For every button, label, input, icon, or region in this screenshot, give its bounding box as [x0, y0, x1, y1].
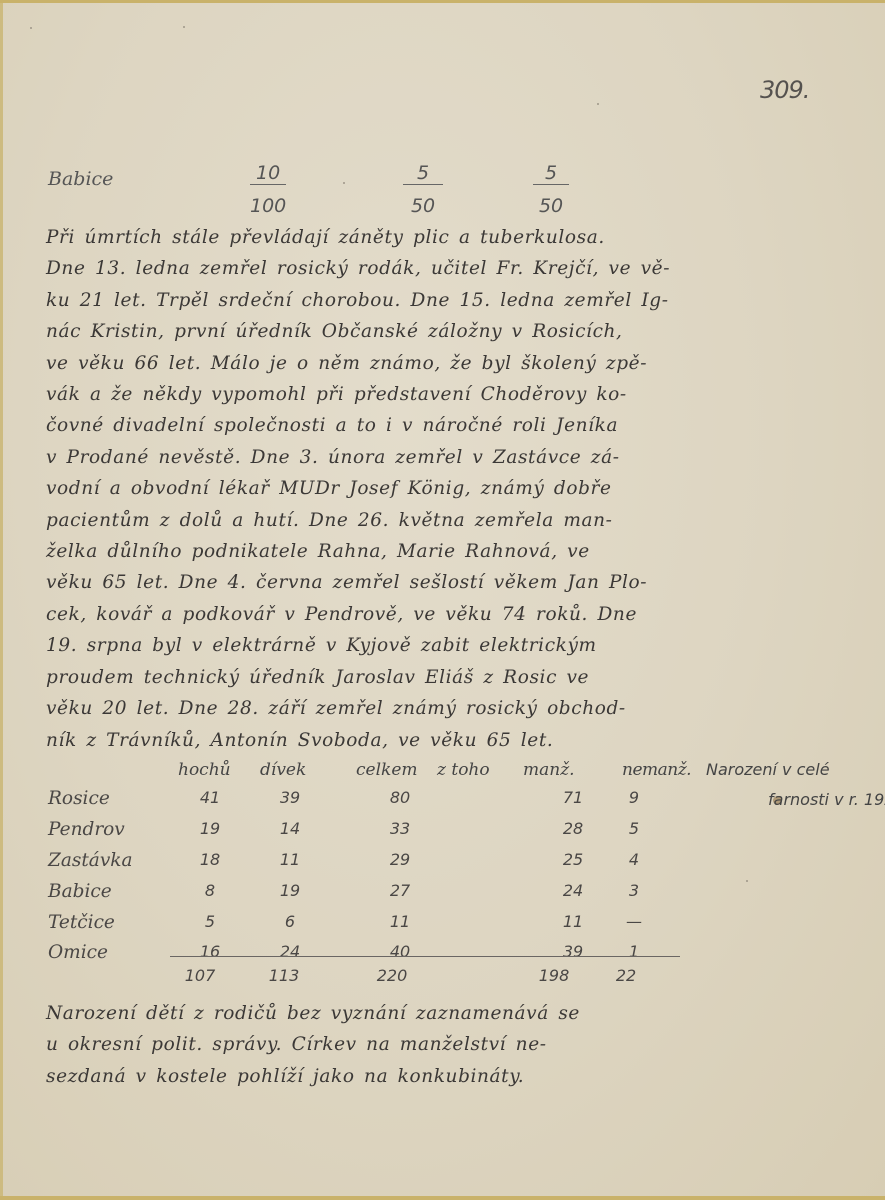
fraction-1: 10 100: [250, 162, 286, 217]
row-place: Pendrov: [48, 819, 125, 840]
cell-boys: 19: [190, 819, 230, 838]
cell-illegitimate: 9: [614, 788, 654, 807]
text-line: vodní a obvodní lékař MUDr Josef König, …: [46, 473, 726, 504]
cell-boys: 5: [190, 912, 230, 931]
text-line: pacientům z dolů a hutí. Dne 26. května …: [46, 505, 726, 536]
cell-total: 33: [380, 819, 420, 838]
cell-girls: 14: [270, 819, 310, 838]
fraction-numerator: 5: [403, 162, 443, 185]
fraction-denominator: 50: [403, 195, 443, 217]
cell-legitimate: 28: [553, 819, 593, 838]
cell-total: 40: [380, 942, 420, 961]
cell-illegitimate: 5: [614, 819, 654, 838]
total-boys: 107: [180, 966, 220, 985]
header-legitimate: manž.: [523, 760, 575, 780]
paper-speck: [183, 26, 185, 28]
table-row: Zastávka 18 11 29 25 4: [0, 850, 885, 880]
table-row: Tetčice 5 6 11 11 —: [0, 912, 885, 942]
row-place: Rosice: [48, 788, 110, 809]
paper-speck: [597, 103, 599, 105]
header-girls: dívek: [260, 760, 306, 780]
text-line: Při úmrtích stále převládají záněty plic…: [46, 222, 726, 253]
fraction-numerator: 10: [250, 162, 286, 185]
table-row: Rosice 41 39 80 71 9: [0, 788, 885, 818]
header-illegitimate: nemanž.: [622, 760, 691, 780]
paper-speck: [343, 182, 345, 184]
fraction-denominator: 100: [250, 195, 286, 217]
ledger-page: 309. Babice 10 100 5 50 5 50 Při úmrtích…: [0, 0, 885, 1200]
cell-legitimate: 11: [553, 912, 593, 931]
text-line: nác Kristin, první úředník Občanské zálo…: [46, 316, 726, 347]
cell-illegitimate: 3: [614, 881, 654, 900]
text-line: Narození dětí z rodičů bez vyznání zazna…: [46, 998, 726, 1029]
row-place: Omice: [48, 942, 108, 963]
cell-boys: 8: [190, 881, 230, 900]
header-boys: hochů: [178, 760, 231, 780]
text-line: ník z Trávníků, Antonín Svoboda, ve věku…: [46, 725, 726, 756]
text-line: čovné divadelní společnosti a to i v nár…: [46, 410, 726, 441]
table-row: Pendrov 19 14 33 28 5: [0, 819, 885, 849]
text-line: u okresní polit. správy. Církev na manže…: [46, 1029, 726, 1060]
text-line: proudem technický úředník Jaroslav Eliáš…: [46, 662, 726, 693]
text-line: ve věku 66 let. Málo je o něm známo, že …: [46, 348, 726, 379]
cell-total: 29: [380, 850, 420, 869]
cell-boys: 18: [190, 850, 230, 869]
text-line: vák a že někdy vypomohl při představení …: [46, 379, 726, 410]
text-line: želka důlního podnikatele Rahna, Marie R…: [46, 536, 726, 567]
fraction-numerator: 5: [533, 162, 569, 185]
cell-girls: 39: [270, 788, 310, 807]
cell-total: 11: [380, 912, 420, 931]
cell-boys: 41: [190, 788, 230, 807]
fraction-denominator: 50: [533, 195, 569, 217]
total-illegitimate: 22: [606, 966, 646, 985]
fraction-3: 5 50: [533, 162, 569, 217]
totals-row: 107 113 220 198 22: [0, 966, 885, 996]
header-total: celkem: [356, 760, 418, 780]
paper-speck: [30, 27, 32, 29]
row-place: Zastávka: [48, 850, 133, 871]
text-line: v Prodané nevěstě. Dne 3. února zemřel v…: [46, 442, 726, 473]
side-note-line-1: Narození v celé: [706, 760, 830, 779]
mortality-paragraph: Při úmrtích stále převládají záněty plic…: [46, 222, 726, 756]
paper-speck: [746, 880, 748, 882]
cell-girls: 11: [270, 850, 310, 869]
cell-illegitimate: 4: [614, 850, 654, 869]
cell-illegitimate: —: [614, 912, 654, 931]
total-girls: 113: [264, 966, 304, 985]
cell-legitimate: 24: [553, 881, 593, 900]
sum-divider: [170, 956, 680, 957]
closing-paragraph: Narození dětí z rodičů bez vyznání zazna…: [46, 998, 726, 1092]
cell-illegitimate: 1: [614, 942, 654, 961]
cell-total: 27: [380, 881, 420, 900]
row-place: Tetčice: [48, 912, 115, 933]
text-line: věku 65 let. Dne 4. června zemřel sešlos…: [46, 567, 726, 598]
text-line: ku 21 let. Trpěl srdeční chorobou. Dne 1…: [46, 285, 726, 316]
row-place: Babice: [48, 881, 112, 902]
cell-girls: 19: [270, 881, 310, 900]
cell-boys: 16: [190, 942, 230, 961]
cell-legitimate: 25: [553, 850, 593, 869]
cell-girls: 24: [270, 942, 310, 961]
text-line: Dne 13. ledna zemřel rosický rodák, učit…: [46, 253, 726, 284]
text-line: sezdaná v kostele pohlíží jako na konkub…: [46, 1061, 726, 1092]
fraction-row-label: Babice: [48, 168, 113, 190]
total-legitimate: 198: [534, 966, 574, 985]
page-number: 309.: [760, 76, 809, 104]
text-line: 19. srpna byl v elektrárně v Kyjově zabi…: [46, 630, 726, 661]
cell-total: 80: [380, 788, 420, 807]
header-of-which: z toho: [437, 760, 490, 780]
cell-legitimate: 39: [553, 942, 593, 961]
text-line: cek, kovář a podkovář v Pendrově, ve věk…: [46, 599, 726, 630]
fraction-2: 5 50: [403, 162, 443, 217]
cell-legitimate: 71: [553, 788, 593, 807]
table-header: hochů dívek celkem z toho manž. nemanž. …: [0, 760, 885, 788]
cell-girls: 6: [270, 912, 310, 931]
table-row: Babice 8 19 27 24 3: [0, 881, 885, 911]
text-line: věku 20 let. Dne 28. září zemřel známý r…: [46, 693, 726, 724]
total-total: 220: [372, 966, 412, 985]
